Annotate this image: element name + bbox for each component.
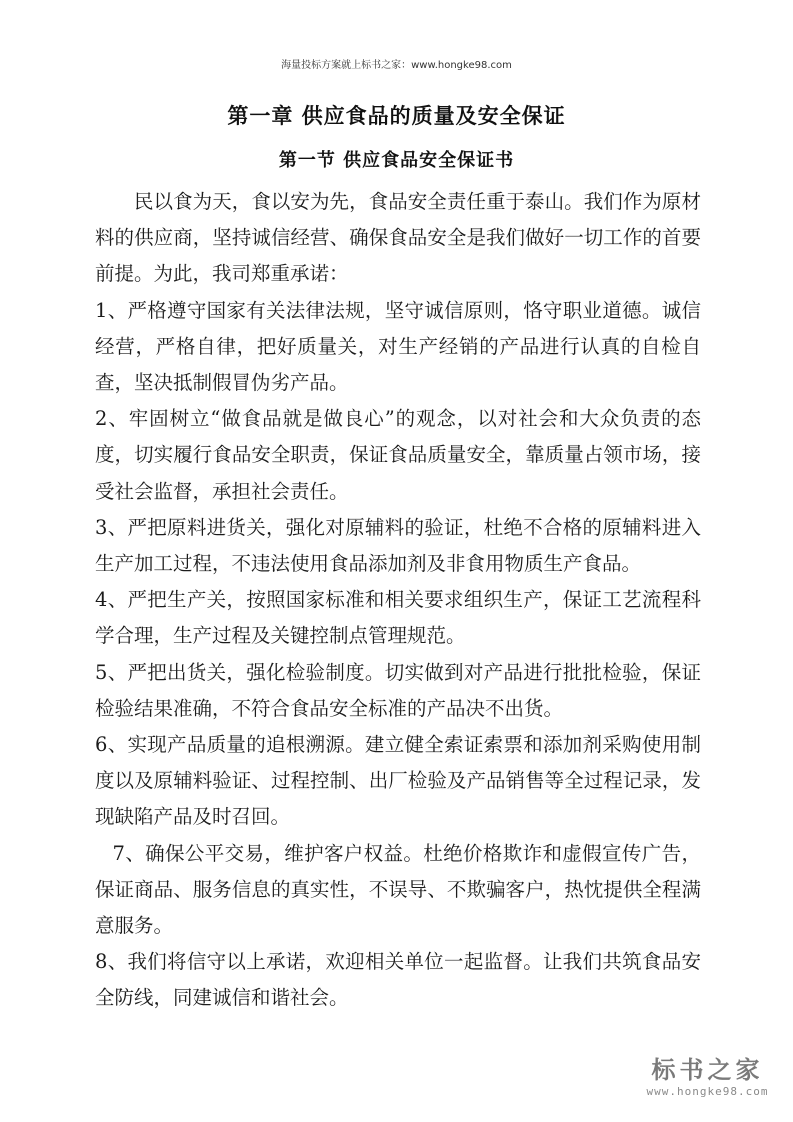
- section-title: 第一节 供应食品安全保证书: [0, 146, 793, 172]
- logo-url: www.hongke98.com: [640, 1084, 775, 1100]
- commitment-item-5: 5、严把出货关，强化检验制度。切实做到对产品进行批批检验，保证检验结果准确，不符…: [95, 655, 701, 727]
- logo-text: 标书之家: [640, 1056, 775, 1084]
- commitment-item-6: 6、实现产品质量的追根溯源。建立健全索证索票和添加剂采购使用制度以及原辅料验证、…: [95, 727, 701, 836]
- document-body: 民以食为天，食以安为先，食品安全责任重于泰山。我们作为原材料的供应商，坚持诚信经…: [95, 184, 701, 1017]
- page-header-note: 海量投标方案就上标书之家：www.hongke98.com: [0, 56, 793, 71]
- commitment-item-7: 7、确保公平交易，维护客户权益。杜绝价格欺诈和虚假宣传广告，保证商品、服务信息的…: [95, 836, 701, 945]
- commitment-item-3: 3、严把原料进货关，强化对原辅料的验证，杜绝不合格的原辅料进入生产加工过程，不违…: [95, 510, 701, 582]
- commitment-item-4: 4、严把生产关，按照国家标准和相关要求组织生产，保证工艺流程科学合理，生产过程及…: [95, 582, 701, 654]
- commitment-item-2: 2、牢固树立“做食品就是做良心”的观念，以对社会和大众负责的态度，切实履行食品安…: [95, 401, 701, 510]
- commitment-item-8: 8、我们将信守以上承诺，欢迎相关单位一起监督。让我们共筑食品安全防线，同建诚信和…: [95, 944, 701, 1016]
- watermark-logo: 标书之家 www.hongke98.com: [640, 1056, 775, 1100]
- commitment-item-1: 1、严格遵守国家有关法律法规，坚守诚信原则，恪守职业道德。诚信经营，严格自律，把…: [95, 293, 701, 402]
- chapter-title: 第一章 供应食品的质量及安全保证: [0, 100, 793, 130]
- intro-paragraph: 民以食为天，食以安为先，食品安全责任重于泰山。我们作为原材料的供应商，坚持诚信经…: [95, 184, 701, 293]
